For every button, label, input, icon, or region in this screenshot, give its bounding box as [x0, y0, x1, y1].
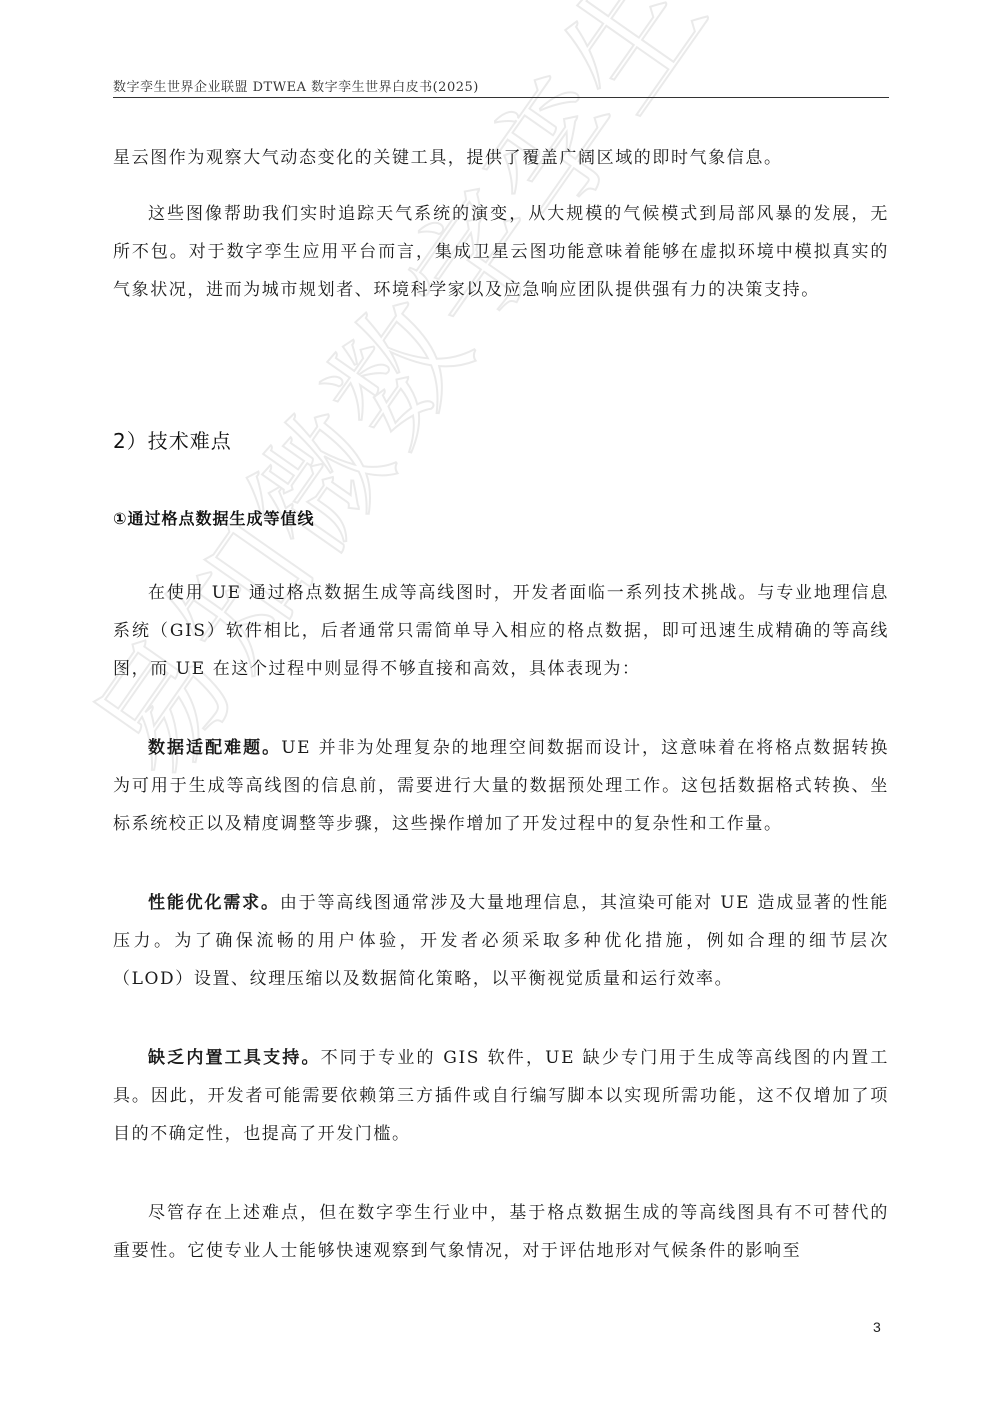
header-divider	[113, 97, 889, 98]
point-lead: 性能优化需求。	[148, 893, 280, 913]
paragraph-satellite-benefits: 这些图像帮助我们实时追踪天气系统的演变，从大规模的气候模式到局部风暴的发展，无所…	[113, 195, 889, 309]
running-header: 数字孪生世界企业联盟 DTWEA 数字孪生世界白皮书(2025)	[113, 76, 889, 95]
point-lead: 数据适配难题。	[148, 738, 281, 758]
paragraph-challenges-intro: 在使用 UE 通过格点数据生成等高线图时，开发者面临一系列技术挑战。与专业地理信…	[113, 574, 889, 688]
paragraph-tool-support: 缺乏内置工具支持。不同于专业的 GIS 软件，UE 缺少专门用于生成等高线图的内…	[113, 1039, 889, 1153]
paragraph-satellite-intro: 星云图作为观察大气动态变化的关键工具，提供了覆盖广阔区域的即时气象信息。	[113, 139, 889, 177]
subsection-heading: ①通过格点数据生成等值线	[113, 506, 315, 529]
paragraph-conclusion: 尽管存在上述难点，但在数字孪生行业中，基于格点数据生成的等高线图具有不可替代的重…	[113, 1194, 889, 1270]
page-number: 3	[873, 1319, 881, 1335]
paragraph-data-adaptation: 数据适配难题。UE 并非为处理复杂的地理空间数据而设计，这意味着在将格点数据转换…	[113, 729, 889, 843]
point-lead: 缺乏内置工具支持。	[148, 1048, 321, 1068]
paragraph-performance: 性能优化需求。由于等高线图通常涉及大量地理信息，其渲染可能对 UE 造成显著的性…	[113, 884, 889, 998]
section-heading: 2）技术难点	[113, 425, 232, 454]
